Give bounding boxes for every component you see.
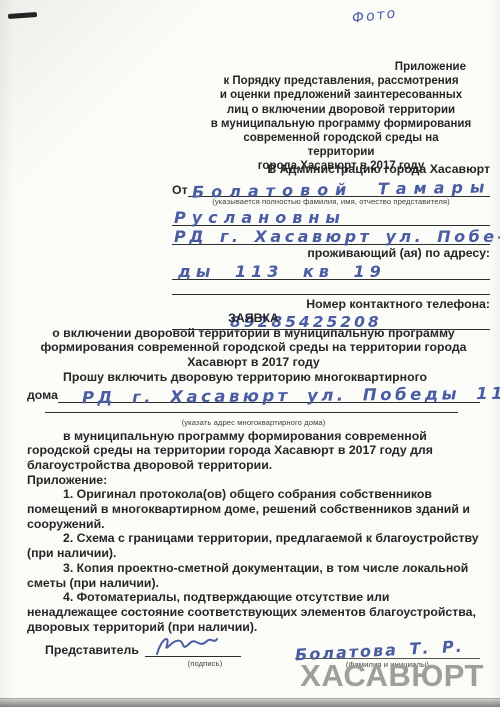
address-field-line-2: ды 113 кв 19 [172,261,490,280]
addressee-block: В Администрацию города Хасавюрт От Болат… [172,162,490,330]
header-line: Приложение [210,60,472,74]
header-line: лиц о включении дворовой территории [210,103,472,117]
patronymic-handwritten-value: Руслановны [174,208,346,227]
house-label: дома [27,388,58,403]
from-label: От [172,183,188,197]
address-field-line-3 [172,280,490,295]
application-body: ЗАЯВКА о включении дворовой территории в… [27,311,480,634]
name-field-line: Руслановны [172,208,490,226]
house-field-line: РД г. Хасавюрт ул. Победы 113 [58,402,480,403]
signature-field-line [145,638,241,657]
document-header: Приложение к Порядку представления, расс… [210,60,472,174]
attachments-label: Приложение: [27,473,480,488]
attachment-item: 3. Копия проектно-сметной документации, … [27,561,480,590]
header-line: и оценки предложений заинтересованных [210,88,472,102]
address-handwritten-value-2: ды 113 кв 19 [178,262,386,281]
photo-handwritten-note: Фото [351,5,398,26]
phone-label: Номер контактного телефона: [172,297,490,312]
house-handwritten-value: РД г. Хасавюрт ул. Победы 113 [82,387,500,406]
surname-field-line: Болатова Т. Р. [295,638,480,659]
attachment-item: 1. Оригинал протокола(ов) общего собрани… [27,487,480,531]
attachment-item: 4. Фотоматериалы, подтверждающие отсутст… [27,590,480,634]
body-paragraph: в муниципальную программу формирования с… [27,429,480,473]
application-subtitle-line: формирования современной городской среды… [27,340,480,355]
signature-scribble-icon [153,633,219,659]
scan-edge-shadow [0,698,500,707]
attachment-item: 2. Схема с границами территории, предлаг… [27,531,480,560]
city-watermark: ХАСАВЮРТ [300,658,484,694]
signature-caption: (подпись) [157,659,253,668]
header-line: в муниципальную программу формирования [210,117,472,131]
scanned-application-page: Фото Приложение к Порядку представления,… [0,0,500,707]
representative-label: Представитель [45,643,139,657]
scan-artifact-dash [8,12,37,19]
from-field-line: Болатовой Тамары [188,196,490,197]
header-line: к Порядку представления, рассмотрения [210,74,472,88]
request-text: Прошу включить дворовую территорию много… [27,370,480,385]
header-line: современной городской среды на территори… [210,131,472,159]
application-subtitle-line: Хасавюрт в 2017 году [27,355,480,370]
addressee-to-line: В Администрацию города Хасавюрт [172,162,490,178]
application-subtitle-line: о включении дворовой территории в муници… [27,326,480,341]
address-label: проживающий (ая) по адресу: [172,246,490,261]
house-caption: (указать адрес многоквартирного дома) [27,413,480,429]
address-field-line-1: РД г. Хасавюрт ул. Побе- [172,226,490,245]
application-title: ЗАЯВКА [27,311,480,326]
address-handwritten-value-1: РД г. Хасавюрт ул. Побе- [174,227,500,246]
